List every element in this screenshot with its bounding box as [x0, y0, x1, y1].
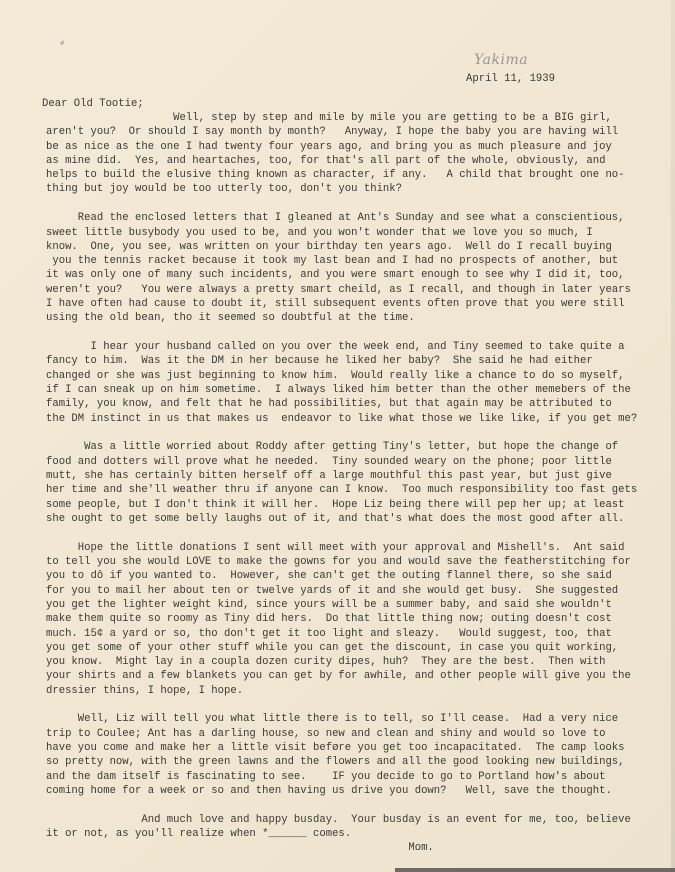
- text-line: you get some of your other stuff while y…: [46, 641, 637, 655]
- text-line: weren't you? You were always a pretty sm…: [46, 283, 637, 297]
- paragraph: Well, Liz will tell you what little ther…: [46, 712, 637, 798]
- text-line: it or not, as you'll realize when *_____…: [46, 827, 637, 841]
- text-line: food and dotters will prove what he need…: [46, 455, 637, 469]
- text-line: know. One, you see, was written on your …: [46, 240, 637, 254]
- paragraph: I hear your husband called on you over t…: [46, 340, 637, 426]
- text-line: dressier thins, I hope, I hope.: [46, 684, 637, 698]
- text-line: And much love and happy busday. Your bus…: [46, 813, 637, 827]
- text-line: sweet little busybody you used to be, an…: [46, 226, 637, 240]
- handwritten-location: Yakima: [474, 52, 528, 68]
- text-line: Well, step by step and mile by mile you …: [46, 111, 637, 125]
- text-line: I hear your husband called on you over t…: [46, 340, 637, 354]
- text-line: Was a little worried about Roddy after g…: [46, 440, 637, 454]
- text-line: your shirts and a few blankets you can g…: [46, 669, 637, 683]
- paragraph: Was a little worried about Roddy after g…: [46, 440, 637, 526]
- paragraph: And much love and happy busday. Your bus…: [46, 813, 637, 856]
- paragraph: Hope the little donations I sent will me…: [46, 541, 637, 698]
- salutation: Dear Old Tootie;: [42, 97, 144, 111]
- text-line: fancy to him. Was it the DM in her becau…: [46, 354, 637, 368]
- paper-mark: ⸗: [60, 34, 64, 50]
- text-line: you to dô if you wanted to. However, she…: [46, 569, 637, 583]
- text-line: I have often had cause to doubt it, stil…: [46, 297, 637, 311]
- text-line: be as nice as the one I had twenty four …: [46, 140, 637, 154]
- text-line: you get the lighter weight kind, since y…: [46, 598, 637, 612]
- text-line: much. 15¢ a yard or so, tho don't get it…: [46, 627, 637, 641]
- text-line: make them quite so roomy as Tiny did her…: [46, 612, 637, 626]
- text-line: she ought to get some belly laughs out o…: [46, 512, 637, 526]
- text-line: the DM instinct in us that makes us ende…: [46, 412, 637, 426]
- letter-body: Well, step by step and mile by mile you …: [46, 111, 637, 870]
- text-line: Well, Liz will tell you what little ther…: [46, 712, 637, 726]
- text-line: family, you know, and felt that he had p…: [46, 397, 637, 411]
- text-line: using the old bean, tho it seemed so dou…: [46, 311, 637, 325]
- text-line: you know. Might lay in a coupla dozen cu…: [46, 655, 637, 669]
- text-line: so pretty now, with the green lawns and …: [46, 755, 637, 769]
- text-line: some people, but I don't think it will h…: [46, 498, 637, 512]
- text-line: if I can sneak up on him sometime. I alw…: [46, 383, 637, 397]
- text-line: her time and she'll weather thru if anyo…: [46, 483, 637, 497]
- text-line: trip to Coulee; Ant has a darling house,…: [46, 727, 637, 741]
- text-line: changed or she was just beginning to kno…: [46, 369, 637, 383]
- paragraph: Well, step by step and mile by mile you …: [46, 111, 637, 197]
- text-line: thing but joy would be too utterly too, …: [46, 182, 637, 196]
- text-line: it was only one of many such incidents, …: [46, 268, 637, 282]
- text-line: aren't you? Or should I say month by mon…: [46, 125, 637, 139]
- text-line: Mom.: [46, 841, 637, 855]
- text-line: mutt, she has certainly bitten herself o…: [46, 469, 637, 483]
- letter-date: April 11, 1939: [466, 72, 555, 86]
- text-line: Hope the little donations I sent will me…: [46, 541, 637, 555]
- text-line: have you come and make her a little visi…: [46, 741, 637, 755]
- paragraph: Read the enclosed letters that I gleaned…: [46, 211, 637, 325]
- text-line: for you to mail her about ten or twelve …: [46, 584, 637, 598]
- text-line: helps to build the elusive thing known a…: [46, 168, 637, 182]
- text-line: to tell you she would LOVE to make the g…: [46, 555, 637, 569]
- text-line: coming home for a week or so and then ha…: [46, 784, 637, 798]
- text-line: you the tennis racket because it took my…: [46, 254, 637, 268]
- text-line: Read the enclosed letters that I gleaned…: [46, 211, 637, 225]
- paper-edge: [671, 0, 675, 872]
- text-line: as mine did. Yes, and heartaches, too, f…: [46, 154, 637, 168]
- text-line: and the dam itself is fascinating to see…: [46, 770, 637, 784]
